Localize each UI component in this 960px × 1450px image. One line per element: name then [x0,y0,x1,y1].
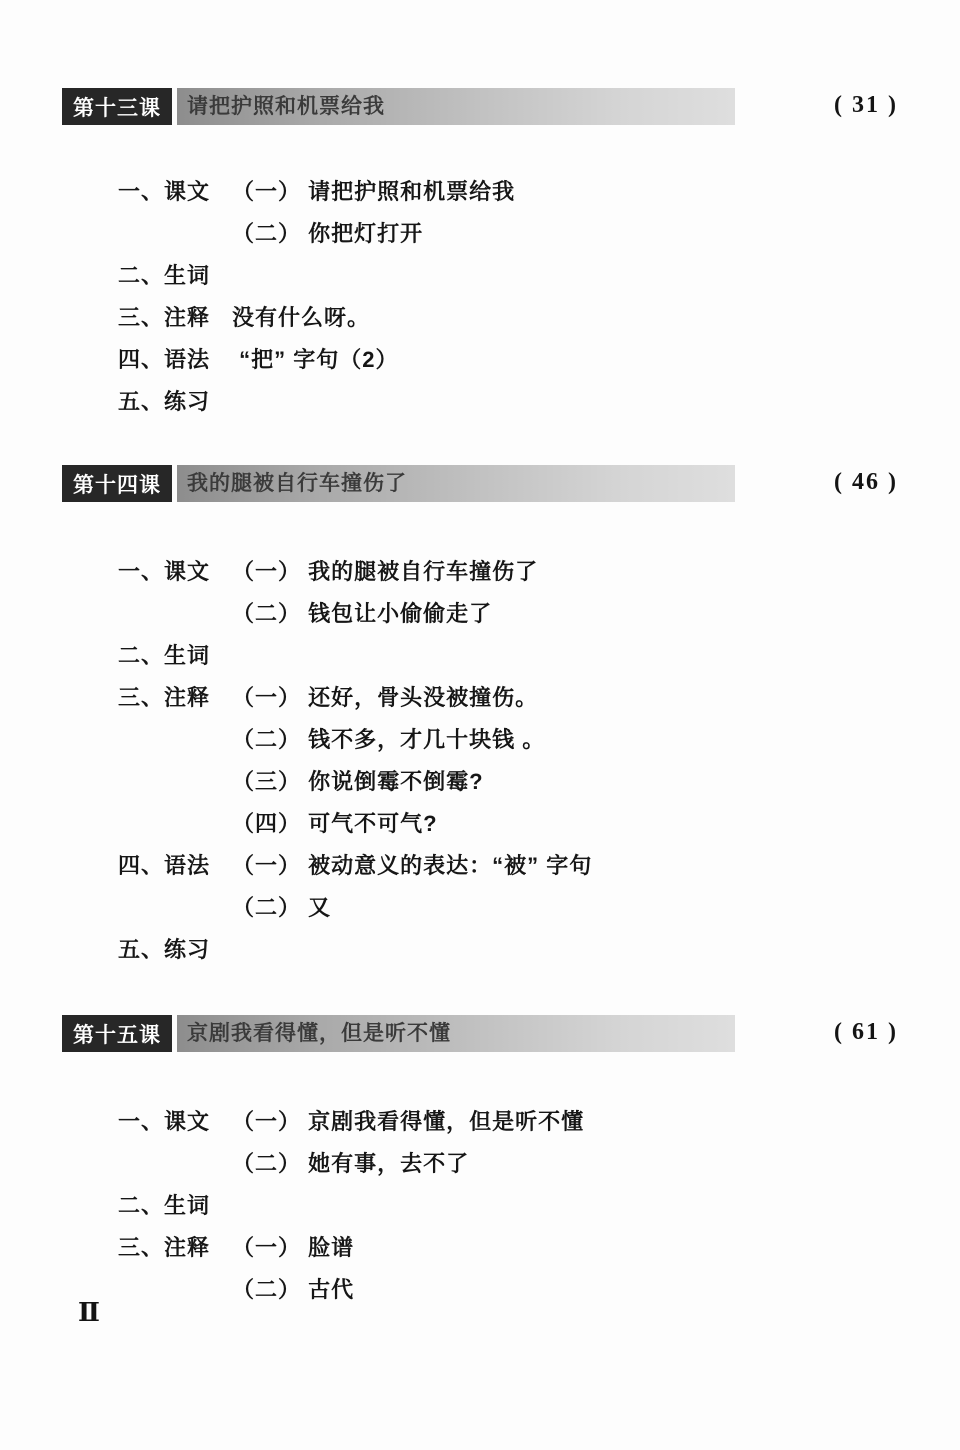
lesson-13-section: 第十三课 请把护照和机票给我 ( 31 ) 一、课文 （一） 请把护照和机票给我… [62,88,898,421]
toc-row: 一、课文 （一） 请把护照和机票给我 [118,169,898,211]
toc-row: （四） 可气不可气? [118,801,898,843]
lesson-15-section: 第十五课 京剧我看得懂，但是听不懂 ( 61 ) 一、课文 （一） 京剧我看得懂… [62,1015,898,1309]
lesson-13-page-number: ( 31 ) [834,92,898,119]
lesson-13-header: 第十三课 请把护照和机票给我 ( 31 ) [62,88,898,125]
entry-text: （一） 京剧我看得懂，但是听不懂 [232,1105,584,1136]
entry-text: （一） 请把护照和机票给我 [232,175,515,206]
lesson-15-toc-list: 一、课文 （一） 京剧我看得懂，但是听不懂 （二） 她有事，去不了 二、生词 三… [118,1099,898,1309]
toc-row: （二） 她有事，去不了 [118,1141,898,1183]
section-label: 二、生词 [118,639,232,670]
lesson-14-title: 我的腿被自行车撞伤了 [177,465,735,502]
lesson-14-toc-list: 一、课文 （一） 我的腿被自行车撞伤了 （二） 钱包让小偷偷走了 二、生词 三、… [118,549,898,969]
toc-row: 一、课文 （一） 京剧我看得懂，但是听不懂 [118,1099,898,1141]
section-label: 四、语法 [118,343,232,374]
entry-text: （三） 你说倒霉不倒霉? [232,765,484,796]
lesson-15-header: 第十五课 京剧我看得懂，但是听不懂 ( 61 ) [62,1015,898,1052]
section-label: 四、语法 [118,849,232,880]
entry-text: （二） 她有事，去不了 [232,1147,469,1178]
lesson-15-badge: 第十五课 [62,1015,172,1052]
toc-row: （二） 古代 [118,1267,898,1309]
entry-text: （二） 钱不多，才几十块钱 。 [232,723,545,754]
toc-row: （二） 钱不多，才几十块钱 。 [118,717,898,759]
entry-text: （四） 可气不可气? [232,807,438,838]
toc-row: 二、生词 [118,253,898,295]
lesson-13-toc-list: 一、课文 （一） 请把护照和机票给我 （二） 你把灯打开 二、生词 三、注释 没… [118,169,898,421]
entry-text: （一） 还好，骨头没被撞伤。 [232,681,538,712]
entry-text: “把” 字句（2） [232,343,398,374]
entry-text: （二） 古代 [232,1273,354,1304]
section-label: 三、注释 [118,1231,232,1262]
toc-row: 三、注释 没有什么呀。 [118,295,898,337]
toc-row: 五、练习 [118,927,898,969]
section-label: 五、练习 [118,933,232,964]
entry-text: （二） 你把灯打开 [232,217,423,248]
lesson-14-header: 第十四课 我的腿被自行车撞伤了 ( 46 ) [62,465,898,502]
section-label: 五、练习 [118,385,232,416]
toc-row: （三） 你说倒霉不倒霉? [118,759,898,801]
lesson-14-page-number: ( 46 ) [834,469,898,496]
entry-text: （一） 脸谱 [232,1231,354,1262]
toc-row: 五、练习 [118,379,898,421]
toc-row: （二） 钱包让小偷偷走了 [118,591,898,633]
toc-row: 二、生词 [118,633,898,675]
section-label: 二、生词 [118,1189,232,1220]
entry-text: 没有什么呀。 [232,301,370,332]
section-label: 二、生词 [118,259,232,290]
toc-row: （二） 你把灯打开 [118,211,898,253]
section-label: 一、课文 [118,555,232,586]
entry-text: （一） 被动意义的表达：“被” 字句 [232,849,592,880]
lesson-15-page-number: ( 61 ) [834,1019,898,1046]
section-label: 一、课文 [118,175,232,206]
lesson-14-section: 第十四课 我的腿被自行车撞伤了 ( 46 ) 一、课文 （一） 我的腿被自行车撞… [62,465,898,969]
entry-text: （二） 又 [232,891,331,922]
entry-text: （一） 我的腿被自行车撞伤了 [232,555,538,586]
lesson-13-title: 请把护照和机票给我 [177,88,735,125]
toc-row: 一、课文 （一） 我的腿被自行车撞伤了 [118,549,898,591]
lesson-15-title: 京剧我看得懂，但是听不懂 [177,1015,735,1052]
toc-row: 四、语法 “把” 字句（2） [118,337,898,379]
toc-row: 三、注释 （一） 脸谱 [118,1225,898,1267]
entry-text: （二） 钱包让小偷偷走了 [232,597,492,628]
lesson-13-badge: 第十三课 [62,88,172,125]
roman-page-number: Ⅱ [78,1298,100,1328]
section-label: 三、注释 [118,681,232,712]
section-label: 一、课文 [118,1105,232,1136]
toc-row: （二） 又 [118,885,898,927]
toc-row: 三、注释 （一） 还好，骨头没被撞伤。 [118,675,898,717]
section-label: 三、注释 [118,301,232,332]
toc-row: 二、生词 [118,1183,898,1225]
toc-row: 四、语法 （一） 被动意义的表达：“被” 字句 [118,843,898,885]
lesson-14-badge: 第十四课 [62,465,172,502]
